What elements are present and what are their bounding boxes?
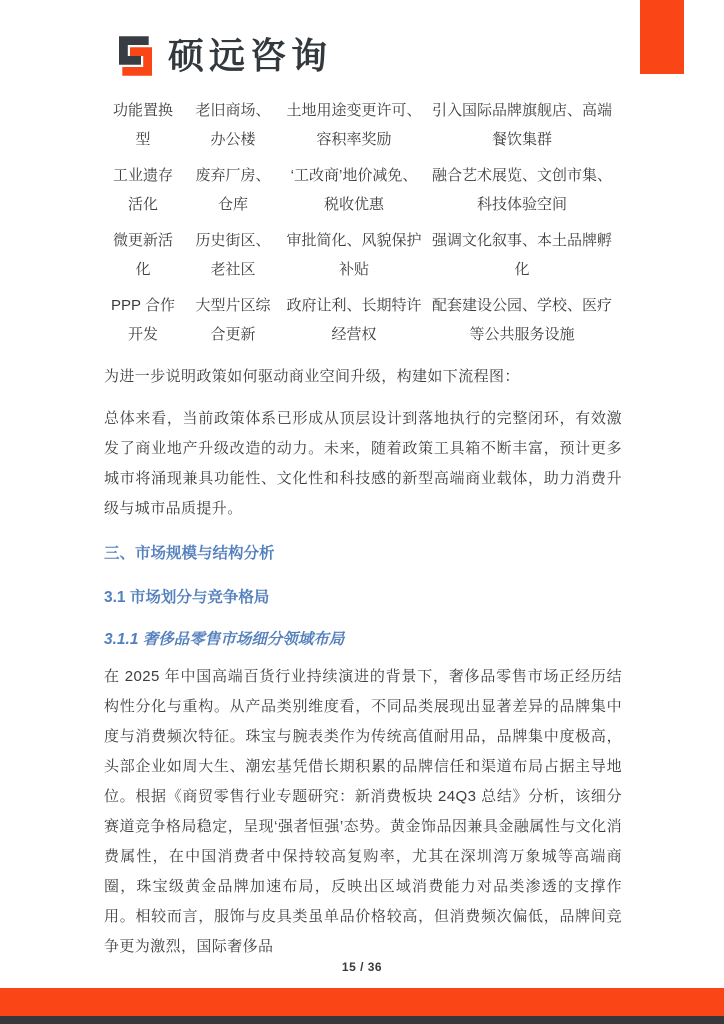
cell-feature: 融合艺术展览、文创市集、 科技体验空间 <box>424 161 620 219</box>
brand-logo-icon <box>113 34 158 78</box>
paragraph-intro: 为进一步说明政策如何驱动商业空间升级，构建如下流程图： <box>104 362 622 392</box>
top-right-accent-bar <box>640 0 684 74</box>
document-page: 硕远咨询 功能置换 型 老旧商场、 办公楼 土地用途变更许可、 容积率奖励 引入… <box>0 0 724 1024</box>
cell-policy: 政府让利、长期特许 经营权 <box>284 291 424 349</box>
section-heading: 三、市场规模与结构分析 <box>104 543 622 565</box>
table-row: 微更新活 化 历史街区、 老社区 审批简化、风貌保护 补贴 强调文化叙事、本土品… <box>104 226 620 284</box>
table-row: 功能置换 型 老旧商场、 办公楼 土地用途变更许可、 容积率奖励 引入国际品牌旗… <box>104 96 620 154</box>
subsubsection-heading: 3.1.1 奢侈品零售市场细分领域布局 <box>104 629 622 651</box>
cell-objects: 大型片区综 合更新 <box>182 291 284 349</box>
paragraph-summary: 总体来看，当前政策体系已形成从顶层设计到落地执行的完整闭环，有效激发了商业地产升… <box>104 404 622 524</box>
brand-name: 硕远咨询 <box>168 34 332 78</box>
paragraph-body: 在 2025 年中国高端百货行业持续演进的背景下，奢侈品零售市场正经历结构性分化… <box>104 662 622 962</box>
cell-objects: 历史街区、 老社区 <box>182 226 284 284</box>
cell-model: 微更新活 化 <box>104 226 182 284</box>
cell-policy: 土地用途变更许可、 容积率奖励 <box>284 96 424 154</box>
table-row: 工业遗存 活化 废弃厂房、 仓库 ‘工改商’地价减免、 税收优惠 融合艺术展览、… <box>104 161 620 219</box>
subsection-heading: 3.1 市场划分与竞争格局 <box>104 587 622 609</box>
bottom-accent-bar-orange <box>0 988 724 1016</box>
cell-feature: 强调文化叙事、本土品牌孵 化 <box>424 226 620 284</box>
cell-model: 功能置换 型 <box>104 96 182 154</box>
cell-feature: 配套建设公园、学校、医疗 等公共服务设施 <box>424 291 620 349</box>
page-number: 15 / 36 <box>0 960 724 974</box>
cell-model: PPP 合作 开发 <box>104 291 182 349</box>
table-row: PPP 合作 开发 大型片区综 合更新 政府让利、长期特许 经营权 配套建设公园… <box>104 291 620 349</box>
brand-header: 硕远咨询 <box>113 34 332 78</box>
cell-objects: 废弃厂房、 仓库 <box>182 161 284 219</box>
cell-policy: 审批简化、风貌保护 补贴 <box>284 226 424 284</box>
cell-model: 工业遗存 活化 <box>104 161 182 219</box>
bottom-accent-bar-dark <box>0 1016 724 1024</box>
cell-objects: 老旧商场、 办公楼 <box>182 96 284 154</box>
cell-policy: ‘工改商’地价减免、 税收优惠 <box>284 161 424 219</box>
policy-table: 功能置换 型 老旧商场、 办公楼 土地用途变更许可、 容积率奖励 引入国际品牌旗… <box>104 96 620 356</box>
cell-feature: 引入国际品牌旗舰店、高端 餐饮集群 <box>424 96 620 154</box>
